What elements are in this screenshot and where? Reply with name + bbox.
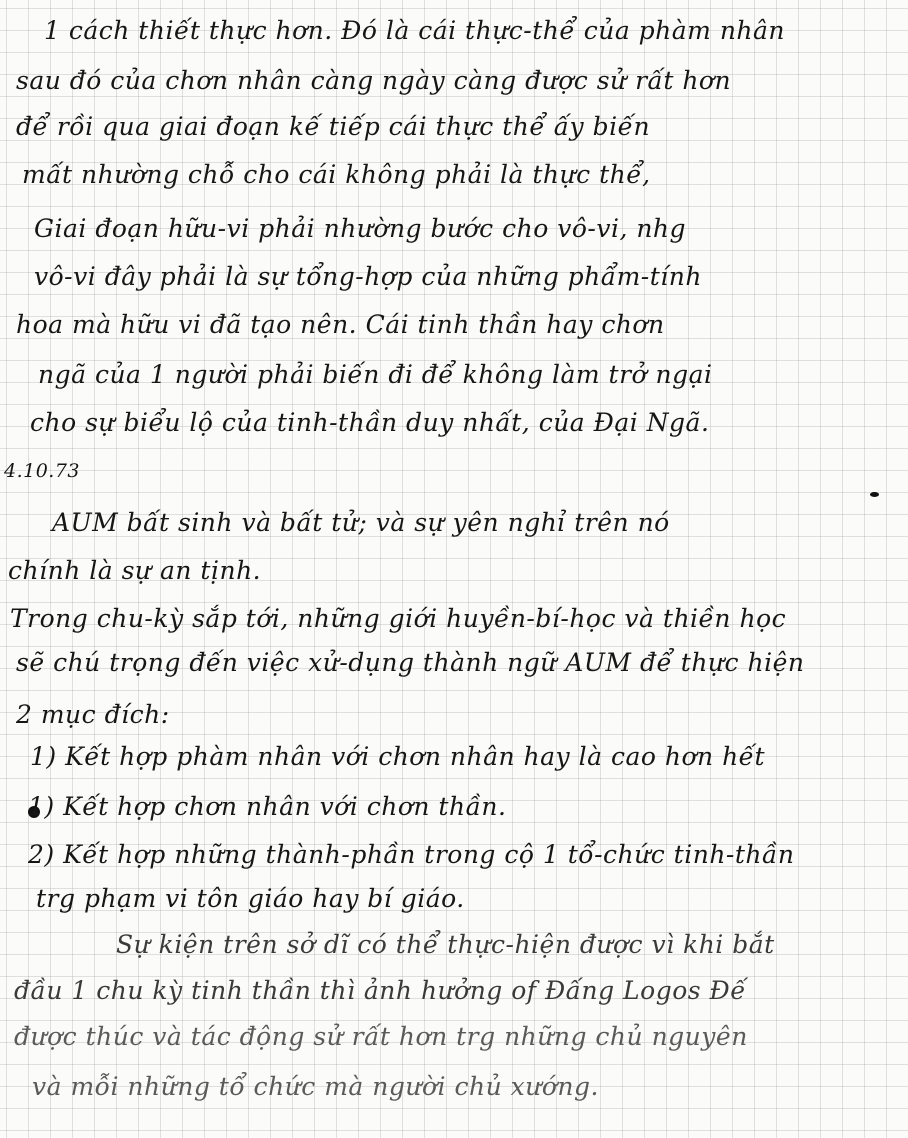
list-item-1: 1) Kết hợp phàm nhân với chơn nhân hay l…: [30, 742, 765, 771]
list-item-2: 1) Kết hợp chơn nhân với chơn thần.: [28, 792, 506, 821]
para3-line-2: sẽ chú trọng đến việc xử-dụng thành ngữ …: [16, 648, 804, 677]
list-item-4: trg phạm vi tôn giáo hay bí giáo.: [36, 884, 465, 913]
ink-blot: [870, 492, 879, 497]
text-line-7: hoa mà hữu vi đã tạo nên. Cái tinh thần …: [16, 310, 665, 339]
handwritten-page: 1 cách thiết thực hơn. Đó là cái thực-th…: [0, 0, 908, 1138]
text-line-5: Giai đoạn hữu-vi phải nhường bước cho vô…: [34, 214, 686, 243]
entry-date: 4.10.73: [4, 460, 80, 482]
text-line-8: ngã của 1 người phải biến đi để không là…: [38, 360, 713, 389]
para4-line-1: Sự kiện trên sở dĩ có thể thực-hiện được…: [116, 930, 775, 959]
text-line-9: cho sự biểu lộ của tinh-thần duy nhất, c…: [30, 408, 709, 437]
text-line-1: 1 cách thiết thực hơn. Đó là cái thực-th…: [44, 16, 785, 45]
list-item-3: 2) Kết hợp những thành-phần trong cộ 1 t…: [28, 840, 794, 869]
para4-line-3: được thúc và tác động sử rất hơn trg nhữ…: [14, 1022, 748, 1051]
para3-line-3: 2 mục đích:: [16, 700, 170, 729]
text-line-2: sau đó của chơn nhân càng ngày càng được…: [16, 66, 731, 95]
text-line-3: để rồi qua giai đoạn kế tiếp cái thực th…: [16, 112, 650, 141]
para3-line-1: Trong chu-kỳ sắp tới, những giới huyền-b…: [10, 604, 786, 633]
text-line-4: mất nhường chỗ cho cái không phải là thự…: [22, 160, 651, 189]
para2-line-2: chính là sự an tịnh.: [8, 556, 261, 585]
para2-line-1: AUM bất sinh và bất tử; và sự yên nghỉ t…: [52, 508, 670, 537]
para4-line-4: và mỗi những tổ chức mà người chủ xướng.: [32, 1072, 599, 1101]
text-line-6: vô-vi đây phải là sự tổng-hợp của những …: [34, 262, 702, 291]
para4-line-2: đầu 1 chu kỳ tinh thần thì ảnh hưởng of …: [14, 976, 746, 1005]
